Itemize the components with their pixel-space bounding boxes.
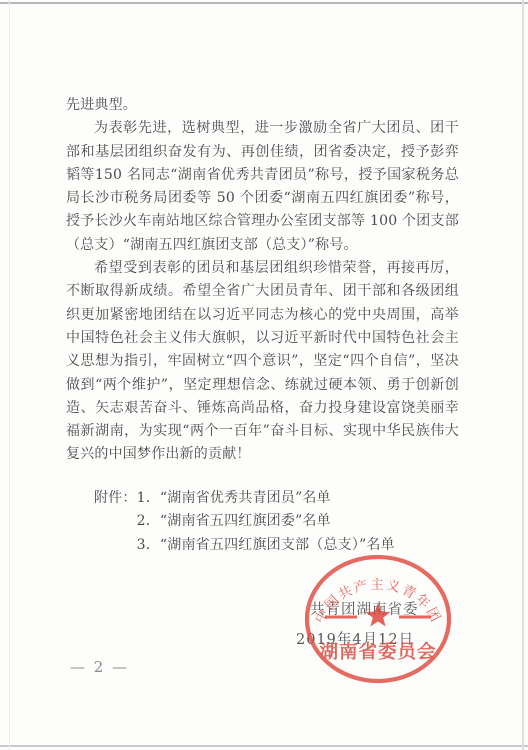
scan-edge-bottom <box>0 745 528 747</box>
paragraph-exhortation: 希望受到表彰的团员和基层团组织珍惜荣誉，再接再厉，不断取得新成绩。希望全省广大团… <box>66 257 459 467</box>
scanned-document-page: 先进典型。 为表彰先进，选树典型，进一步激励全省广大团员、团干部和基层团组织奋发… <box>0 0 528 750</box>
page-number: — 2 — <box>70 658 129 676</box>
attachment-item-1: 1．“湖南省优秀共青团员”名单 <box>137 487 395 510</box>
scan-edge-left <box>9 0 10 750</box>
attachments-label: 附件： <box>94 487 137 557</box>
document-body: 先进典型。 为表彰先进，选树典型，进一步激励全省广大团员、团干部和基层团组织奋发… <box>66 94 459 467</box>
seal-inner-text: 湖南省委员会 <box>319 641 436 662</box>
attachment-items: 1．“湖南省优秀共青团员”名单 2．“湖南省五四红旗团委”名单 3．“湖南省五四… <box>137 487 395 557</box>
paragraph-commendation: 为表彰先进，选树典型，进一步激励全省广大团员、团干部和基层团组织奋发有为、再创佳… <box>66 117 459 257</box>
paragraph-continuation: 先进典型。 <box>66 94 459 117</box>
scan-edge-right <box>522 0 524 750</box>
seal-right-bar <box>399 616 431 619</box>
attachment-item-2: 2．“湖南省五四红旗团委”名单 <box>137 510 395 533</box>
official-seal: 中国共产主义青年团 湖南省委员会 <box>299 551 459 689</box>
attachments-list: 附件： 1．“湖南省优秀共青团员”名单 2．“湖南省五四红旗团委”名单 3．“湖… <box>94 487 395 557</box>
scan-edge-top <box>0 2 528 4</box>
seal-left-bar <box>325 616 357 619</box>
seal-star-icon <box>366 603 391 627</box>
